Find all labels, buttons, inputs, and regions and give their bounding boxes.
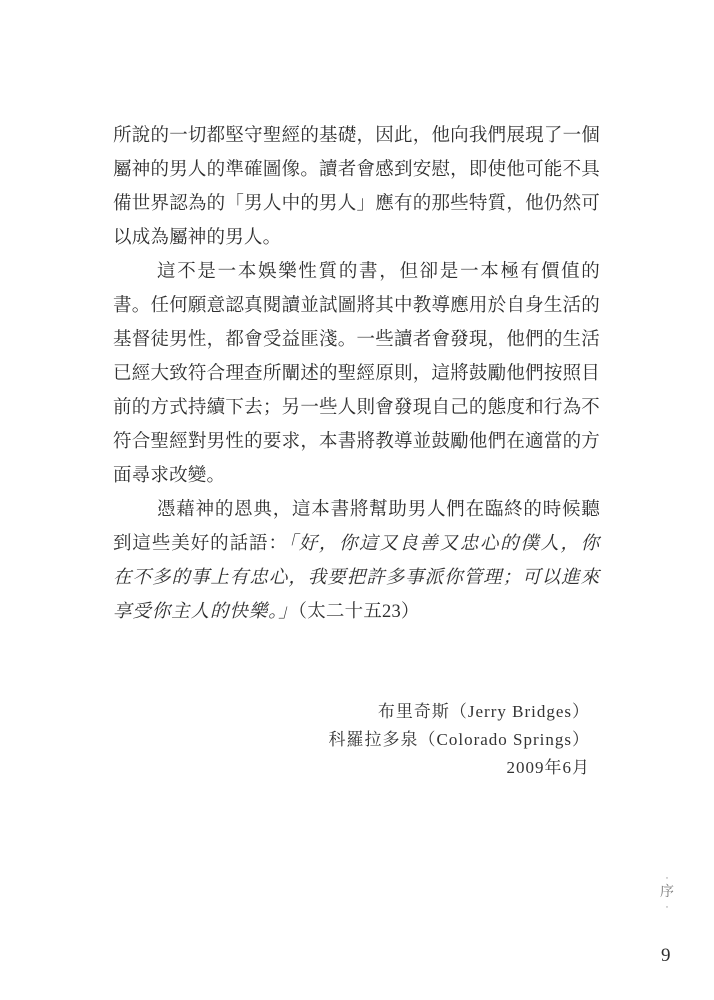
signature-location: 科羅拉多泉（Colorado Springs）	[329, 726, 590, 754]
marker-dot-top: ·	[666, 874, 669, 883]
preface-body: 所說的一切都堅守聖經的基礎，因此，他向我們展現了一個屬神的男人的準確圖像。讀者會…	[113, 119, 600, 629]
chapter-margin-marker: · 序 ·	[658, 874, 676, 912]
chapter-title-vertical: 序	[660, 883, 674, 903]
signature-author: 布里奇斯（Jerry Bridges）	[329, 698, 590, 726]
paragraph-1: 所說的一切都堅守聖經的基礎，因此，他向我們展現了一個屬神的男人的準確圖像。讀者會…	[113, 119, 600, 255]
page-number: 9	[661, 943, 671, 969]
signature-block: 布里奇斯（Jerry Bridges） 科羅拉多泉（Colorado Sprin…	[329, 698, 590, 782]
paragraph-3: 憑藉神的恩典，這本書將幫助男人們在臨終的時候聽到這些美好的話語：「好，你這又良善…	[113, 493, 600, 629]
scripture-reference: （太二十五23）	[298, 602, 420, 622]
paragraph-2: 這不是一本娛樂性質的書，但卻是一本極有價值的書。任何願意認真閱讀並試圖將其中教導…	[113, 255, 600, 493]
marker-dot-bottom: ·	[666, 903, 669, 912]
signature-date: 2009年6月	[329, 754, 590, 782]
book-page: 所說的一切都堅守聖經的基礎，因此，他向我們展現了一個屬神的男人的準確圖像。讀者會…	[0, 0, 714, 1000]
